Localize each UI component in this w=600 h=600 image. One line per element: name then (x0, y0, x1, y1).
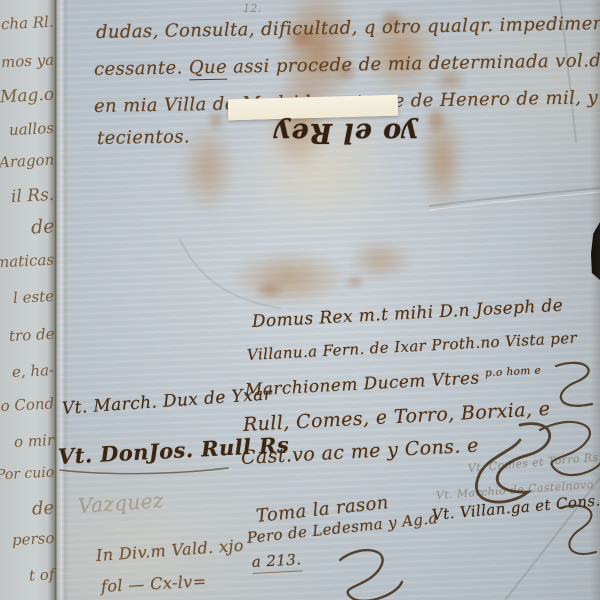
margin-word: il Rs. (10, 185, 54, 207)
folio-ref-a213: a 213. (251, 550, 302, 574)
margin-word: do Cond (0, 394, 54, 415)
margin-word: Mag.o (0, 85, 54, 108)
top-text-line-4: tecientos. (97, 126, 190, 149)
crease-line-mid-left (180, 240, 280, 308)
latin-line-4: Rull, Comes, e Torro, Borxia, e (242, 398, 551, 436)
large-round-stain (150, 0, 490, 340)
margin-word: de (30, 215, 55, 238)
crease-line-right-horizontal (430, 188, 600, 206)
stain-dark-spots (150, 0, 490, 340)
margin-word: de (31, 497, 54, 519)
top-line2-pre: cessante. (94, 57, 189, 80)
margin-word: Aragon (0, 151, 54, 172)
margin-word: l este (13, 287, 55, 307)
latin-line-2: Villanu.a Fern. de Ixar Proth.no Vista p… (247, 329, 578, 364)
top-line2-rest: assi procede de mia determinada vol.d Da… (227, 49, 600, 77)
crease-highlight-right (430, 192, 600, 210)
top-text-line-1: dudas, Consulta, dificultad, q otro qual… (96, 13, 600, 43)
margin-word: o mir (14, 431, 55, 451)
signature-march-dux: Vt. March. Dux de Yxar (61, 384, 273, 419)
margin-word: perso (11, 529, 54, 549)
countersign-comes-torro-faint: Vt. Comes et Torro Rs! (467, 450, 600, 475)
latin-line-1: Domus Rex m.t mihi D.n Joseph de (251, 296, 563, 332)
registry-note-line-2: fol — Cx-lv= (101, 571, 207, 596)
margin-word: t of (28, 565, 54, 584)
page-gutter-crease (55, 0, 69, 600)
flourish-rull-underline (60, 468, 228, 474)
latin-line-3-superscript: p.o hom e (485, 364, 542, 379)
margin-word: tro de (8, 325, 54, 345)
registry-note-line-1: In Div.m Vald. xjo (95, 536, 244, 565)
margin-word: e, ha- (11, 361, 54, 381)
top-text-line-2: cessante. Que assi procede de mia determ… (94, 49, 600, 80)
latin-line-3-text: Marchionem Ducem Vtres (244, 368, 480, 400)
right-page-edge-shading (590, 0, 600, 600)
margin-word: Por cuio (0, 464, 54, 483)
top-line2-underlined-word: Que (189, 57, 228, 81)
margin-word: maticas (0, 250, 54, 271)
flourish-latin-right-1 (556, 363, 592, 406)
left-page-edge-strip: cha Rl. mos ya Mag.o uallos Aragon il Rs… (0, 0, 58, 600)
inverted-royal-signature: yo el Rey (268, 112, 418, 148)
latin-line-3: Marchionem Ducem Vtres p.o hom e (244, 364, 541, 400)
margin-word: uallos (9, 119, 55, 139)
margin-word: cha Rl. (1, 13, 55, 34)
manuscript-page-photo: cha Rl. mos ya Mag.o uallos Aragon il Rs… (0, 0, 600, 600)
flourish-under-toma (340, 550, 402, 600)
pencil-note: 12. (243, 2, 262, 15)
signature-vazquez-faint: Vazquez (77, 488, 164, 518)
margin-word: mos ya (0, 51, 54, 72)
